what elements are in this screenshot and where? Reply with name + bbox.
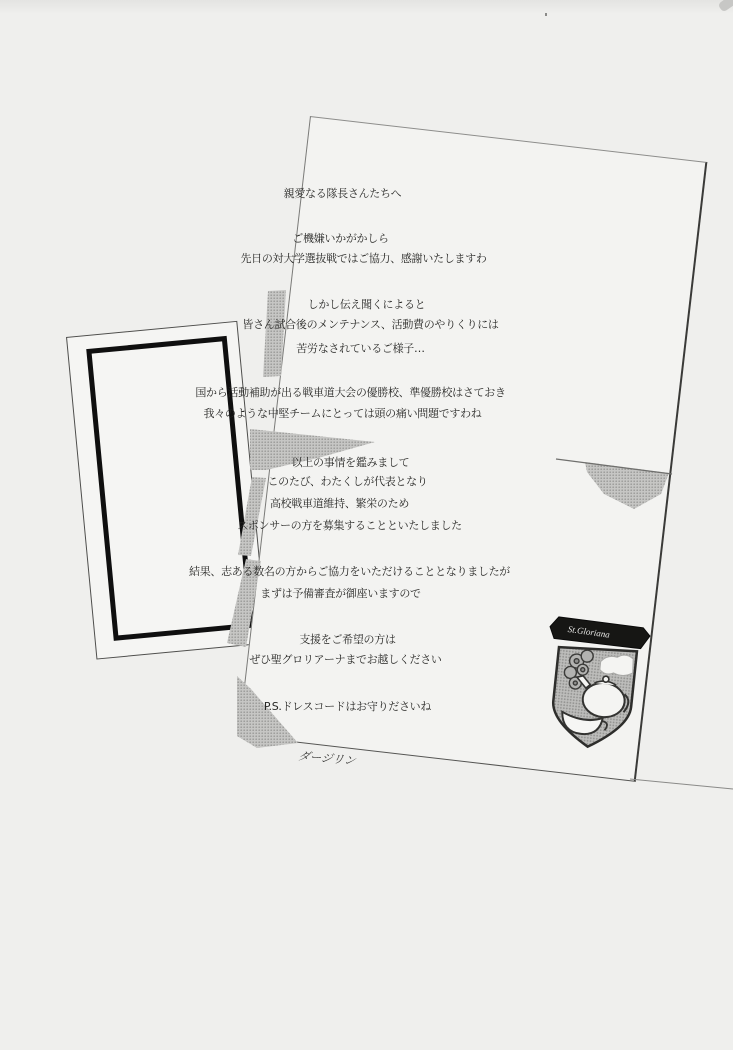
letter-line: ご機嫌いかがかしら (0, 231, 707, 247)
letter-line: 高校戦車道維持、繁栄のため (0, 496, 706, 512)
letter-line: このたび、わたくしが代表となり (0, 474, 714, 490)
letter-line: 先日の対大学選抜戦ではご協力、感謝いたしますわ (0, 251, 730, 267)
letter-line: 国から活動補助が出る戦車道大会の優勝校、準優勝校はさておき (0, 385, 717, 401)
letter-line: しかし伝え聞くによると (0, 297, 733, 313)
letter-line: 結果、志ある数名の方からご協力をいただけることとなりましたが (0, 564, 716, 580)
scanned-page: St.Gloriana 親愛なる隊長さんたちへ ご機嫌いかがかしら 先日の対大学… (0, 0, 733, 1050)
letter-line: 我々のような中堅チームにとっては頭の痛い問題ですわね (0, 406, 709, 422)
letter-line: ぜひ聖グロリアーナまでお越しください (0, 652, 712, 668)
letter-line: スポンサーの方を募集することといたしました (0, 518, 716, 534)
letter-line: 親愛なる隊長さんたちへ (0, 186, 709, 202)
letter-line: 以上の事情を鑑みまして (0, 455, 717, 471)
letter-line: 苦労なされているご様子… (0, 341, 727, 357)
letter-line: まずは予備審査が御座いますので (0, 586, 707, 602)
letter-line: P.S.ドレスコードはお守りださいね (0, 699, 714, 715)
letter-text-block: 親愛なる隊長さんたちへ ご機嫌いかがかしら 先日の対大学選抜戦ではご協力、感謝い… (0, 0, 733, 1050)
letter-line: 皆さん試合後のメンテナンス、活動費のやりくりには (4, 317, 733, 333)
signature-darjeeling: ダージリン (296, 748, 360, 768)
letter-line: 支援をご希望の方は (0, 632, 714, 648)
